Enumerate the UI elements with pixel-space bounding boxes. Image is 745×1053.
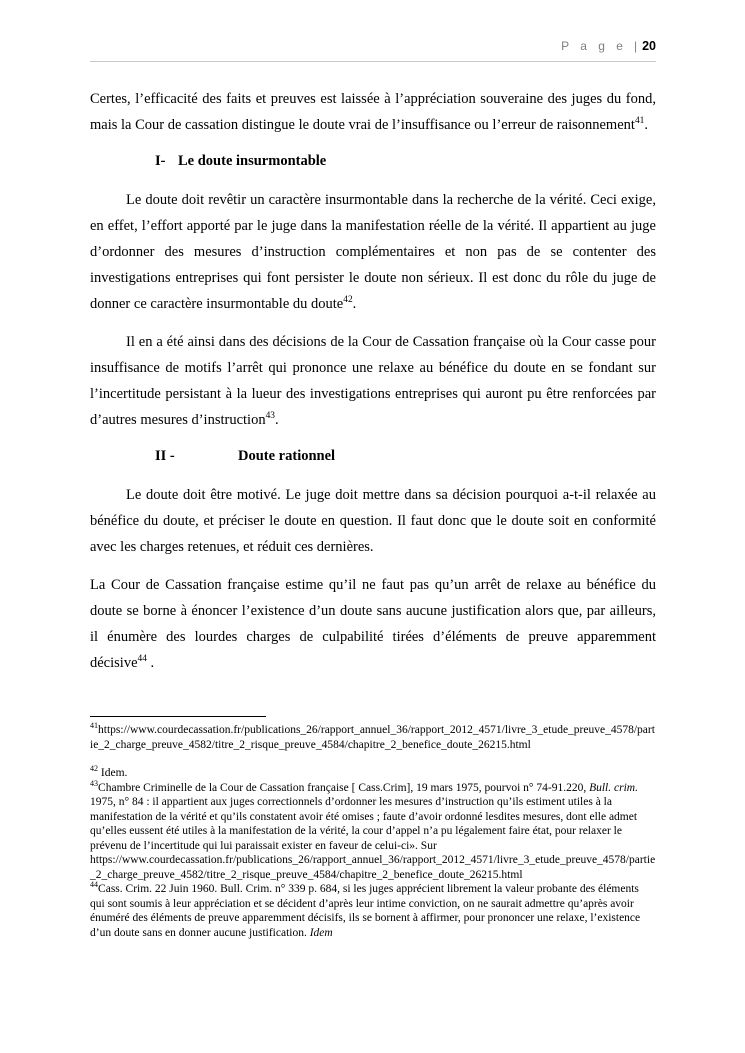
footnote-42: 42 Idem. bbox=[90, 766, 656, 781]
section-2-title: Doute rationnel bbox=[238, 448, 335, 464]
footnote-separator-rule bbox=[90, 716, 266, 717]
footnotes-section: 41https://www.courdecassation.fr/publica… bbox=[90, 716, 656, 940]
paragraph-5: La Cour de Cassation française estime qu… bbox=[90, 572, 656, 676]
document-page: P a g e|20 Certes, l’efficacité des fait… bbox=[0, 0, 745, 1053]
paragraph-1: Certes, l’efficacité des faits et preuve… bbox=[90, 86, 656, 138]
paragraph-2: Le doute doit revêtir un caractère insur… bbox=[90, 187, 656, 317]
page-header-label: P a g e bbox=[561, 39, 627, 53]
page-header: P a g e|20 bbox=[90, 38, 656, 62]
page-header-separator: | bbox=[634, 39, 637, 53]
section-heading-1: I-Le doute insurmontable bbox=[155, 150, 656, 172]
section-heading-2: II -Doute rationnel bbox=[155, 445, 656, 467]
paragraph-3: Il en a été ainsi dans des décisions de … bbox=[90, 329, 656, 433]
document-body: Certes, l’efficacité des faits et preuve… bbox=[90, 86, 656, 676]
section-2-number: II - bbox=[155, 445, 238, 467]
footnote-41: 41https://www.courdecassation.fr/publica… bbox=[90, 723, 656, 752]
paragraph-4: Le doute doit être motivé. Le juge doit … bbox=[90, 482, 656, 560]
section-1-number: I- bbox=[155, 150, 178, 172]
footnote-44: 44Cass. Crim. 22 Juin 1960. Bull. Crim. … bbox=[90, 882, 656, 940]
page-number: 20 bbox=[642, 39, 656, 53]
footnote-43: 43Chambre Criminelle de la Cour de Cassa… bbox=[90, 781, 656, 883]
section-1-title: Le doute insurmontable bbox=[178, 153, 326, 169]
